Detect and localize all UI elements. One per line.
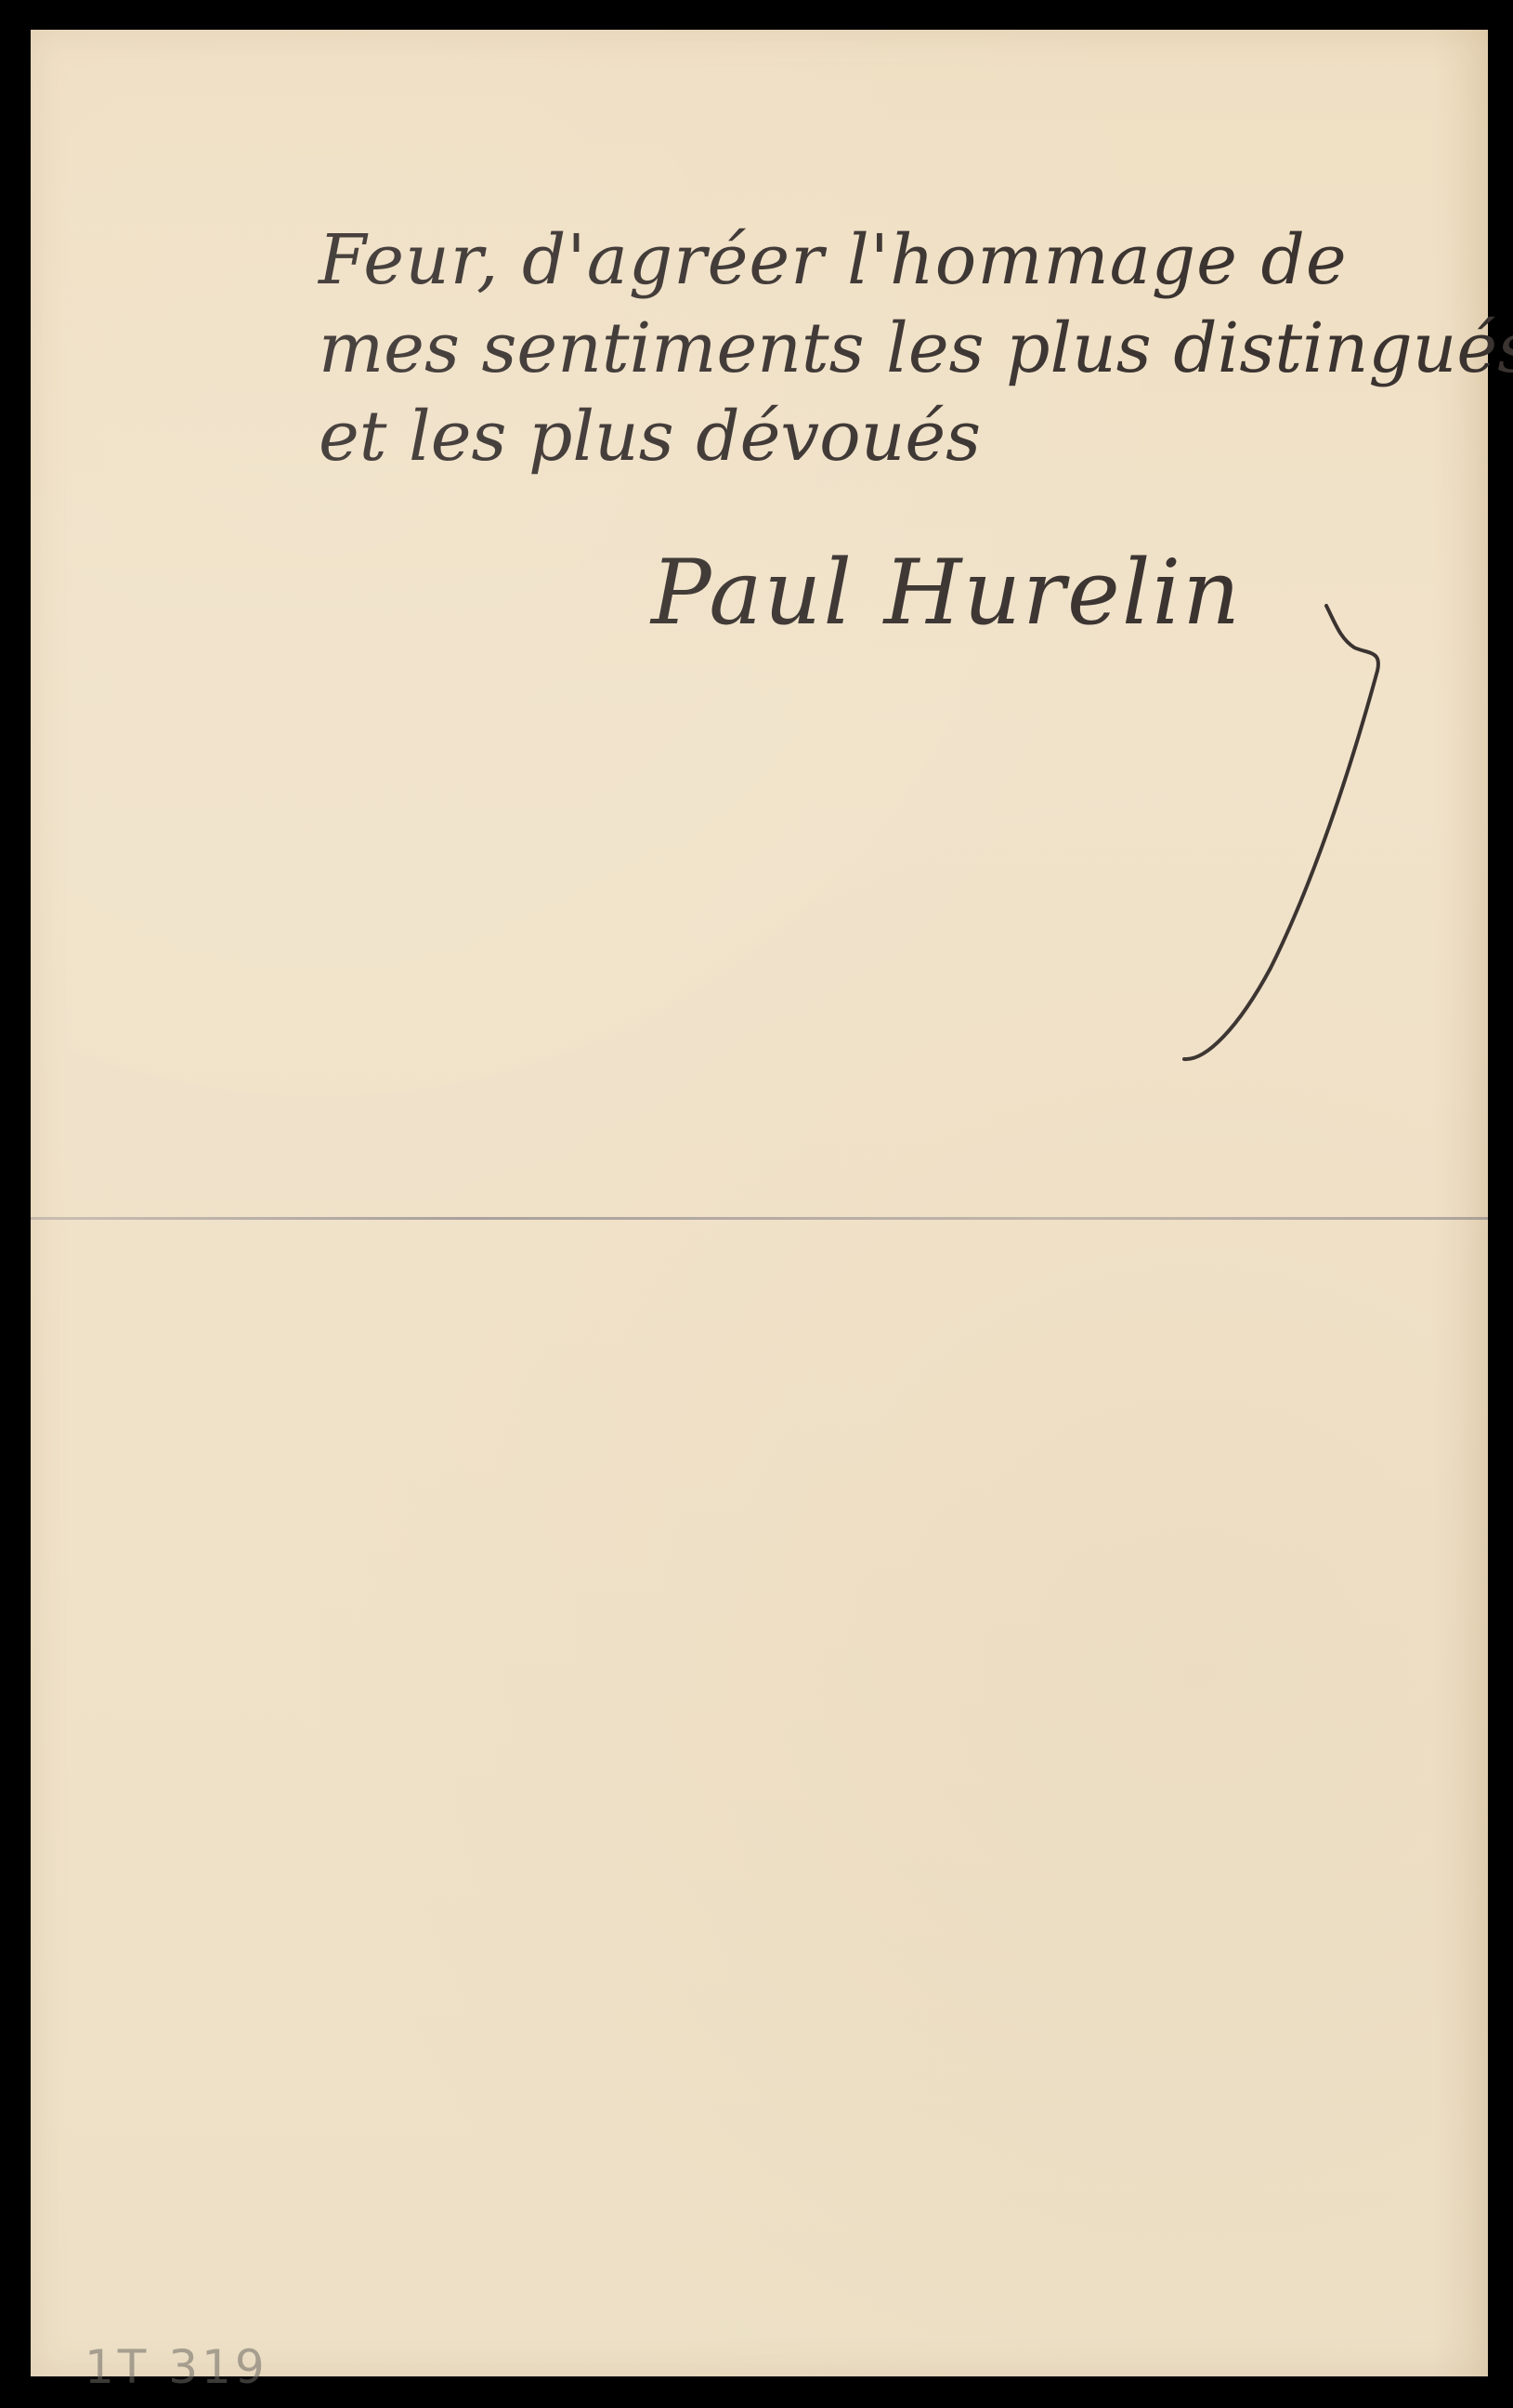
signature-flourish: [31, 30, 1488, 2376]
archive-shelfmark: 1T 319: [85, 2340, 268, 2394]
letter-page: Feur, d'agréer l'hommage de mes sentimen…: [31, 30, 1488, 2376]
